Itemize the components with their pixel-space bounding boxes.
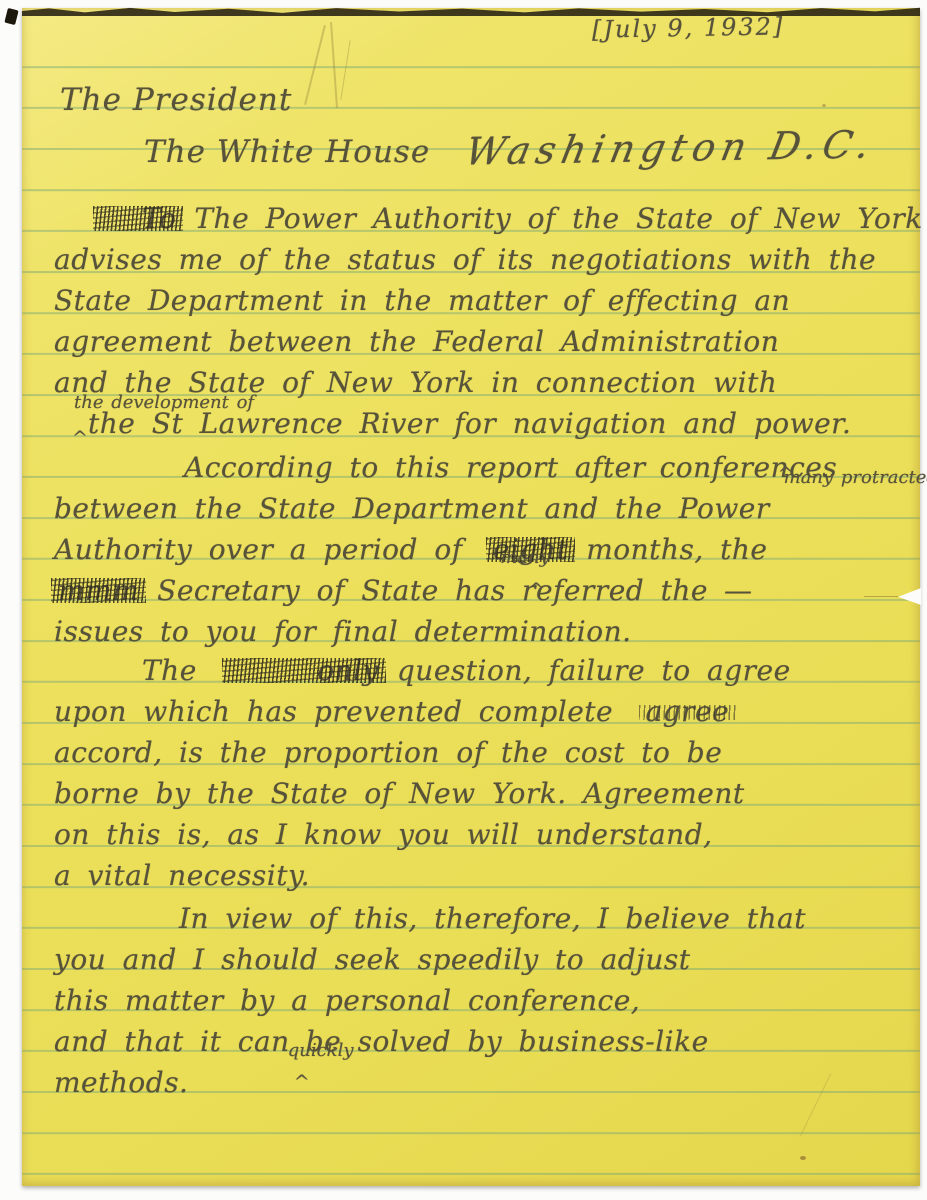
line-text: The Power Authority of the State of New … bbox=[194, 202, 922, 235]
handwriting-line: the development of ^ the St Lawrence Riv… bbox=[88, 403, 906, 444]
recipient-line-place: Washington D.C. bbox=[462, 122, 880, 173]
paragraph-1: ToThe Power Authority of the State of Ne… bbox=[54, 198, 906, 444]
crease-mark bbox=[340, 40, 350, 99]
handwriting-line: borne by the State of New York. Agreemen… bbox=[54, 773, 906, 814]
scan-edge-mark bbox=[4, 8, 18, 25]
line-text: on this is, as I know you will understan… bbox=[54, 818, 713, 851]
handwriting-line: According to this report after^many prot… bbox=[54, 447, 906, 488]
handwriting-line: ToThe Power Authority of the State of Ne… bbox=[54, 198, 906, 239]
handwriting-line: on this is, as I know you will understan… bbox=[54, 814, 906, 855]
struck-scribble: mmm bbox=[54, 570, 143, 611]
scan-background: { "document": { "kind": "Handwritten dra… bbox=[0, 0, 927, 1200]
handwriting-line: advises me of the status of its negotiat… bbox=[54, 239, 906, 280]
struck-word: agree bbox=[642, 691, 734, 732]
struck-word: only bbox=[225, 650, 383, 691]
paragraph-2: According to this report after^many prot… bbox=[54, 447, 906, 652]
struck-word: To bbox=[96, 198, 180, 239]
handwriting-line: In view of this, therefore, I believe th… bbox=[54, 898, 906, 939]
letter-paper: [July 9, 1932] The President The White H… bbox=[22, 8, 920, 1186]
handwriting-line: The onlyquestion, failure to agree bbox=[54, 650, 906, 691]
handwriting-line: agreement between the Federal Administra… bbox=[54, 321, 906, 362]
line-text: accord, is the proportion of the cost to… bbox=[54, 736, 722, 769]
handwriting-line: a vital necessity. bbox=[54, 855, 906, 896]
line-text: question, failure to agree bbox=[397, 654, 791, 687]
recipient-line-white-house: The White House bbox=[144, 134, 430, 170]
line-text: you and I should seek speedily to adjust bbox=[54, 943, 691, 976]
crease-mark bbox=[330, 22, 338, 108]
caret-mark: ^ bbox=[72, 429, 88, 448]
line-text: The bbox=[142, 654, 197, 687]
dash-mark: — bbox=[724, 574, 753, 607]
handwriting-line: State Department in the matter of effect… bbox=[54, 280, 906, 321]
line-text: be solved by business-like bbox=[306, 1025, 709, 1058]
line-text: According to this report after bbox=[184, 451, 646, 484]
handwriting-line: between the State Department and the Pow… bbox=[54, 488, 906, 529]
stain-speck bbox=[822, 104, 826, 107]
line-text: this matter by a personal conference, bbox=[54, 984, 640, 1017]
crease-mark bbox=[304, 25, 326, 105]
line-text: a vital necessity. bbox=[54, 859, 310, 892]
line-text: agreement between the Federal Administra… bbox=[54, 325, 779, 358]
torn-top-edge bbox=[22, 7, 920, 16]
line-text: methods. bbox=[54, 1066, 188, 1099]
handwriting-line: accord, is the proportion of the cost to… bbox=[54, 732, 906, 773]
line-text: upon which has prevented complete bbox=[54, 695, 613, 728]
handwriting-line: this matter by a personal conference, bbox=[54, 980, 906, 1021]
handwriting-line: mmmSecretary of State has referred the— bbox=[54, 570, 906, 611]
line-text: advises me of the status of its negotiat… bbox=[54, 243, 876, 276]
paragraph-3: The onlyquestion, failure to agree upon … bbox=[54, 650, 906, 896]
line-text: Authority over a period of bbox=[54, 533, 463, 566]
line-text: borne by the State of New York. Agreemen… bbox=[54, 777, 745, 810]
line-text: State Department in the matter of effect… bbox=[54, 284, 790, 317]
handwriting-line: and that it canquickly^be solved by busi… bbox=[54, 1021, 906, 1062]
date-annotation: [July 9, 1932] bbox=[592, 12, 785, 43]
handwriting-line: methods. bbox=[54, 1062, 906, 1103]
line-text: months, the bbox=[586, 533, 767, 566]
line-text: issues to you for final determination. bbox=[54, 615, 632, 648]
stain-speck bbox=[800, 1156, 806, 1160]
handwriting-line: you and I should seek speedily to adjust bbox=[54, 939, 906, 980]
line-text: In view of this, therefore, I believe th… bbox=[179, 902, 806, 935]
line-text: between the State Department and the Pow… bbox=[54, 492, 770, 525]
line-text: and that it can bbox=[54, 1025, 290, 1058]
handwriting-line: issues to you for final determination. bbox=[54, 611, 906, 652]
recipient-line-president: The President bbox=[60, 82, 292, 118]
handwriting-line: upon which has prevented complete agree bbox=[54, 691, 906, 732]
line-text: Secretary of State has referred the bbox=[157, 574, 708, 607]
paragraph-4: In view of this, therefore, I believe th… bbox=[54, 898, 906, 1103]
inserted-word: the development of bbox=[74, 382, 254, 423]
handwriting-line: Authority over a period of eightmany^mon… bbox=[54, 529, 906, 570]
